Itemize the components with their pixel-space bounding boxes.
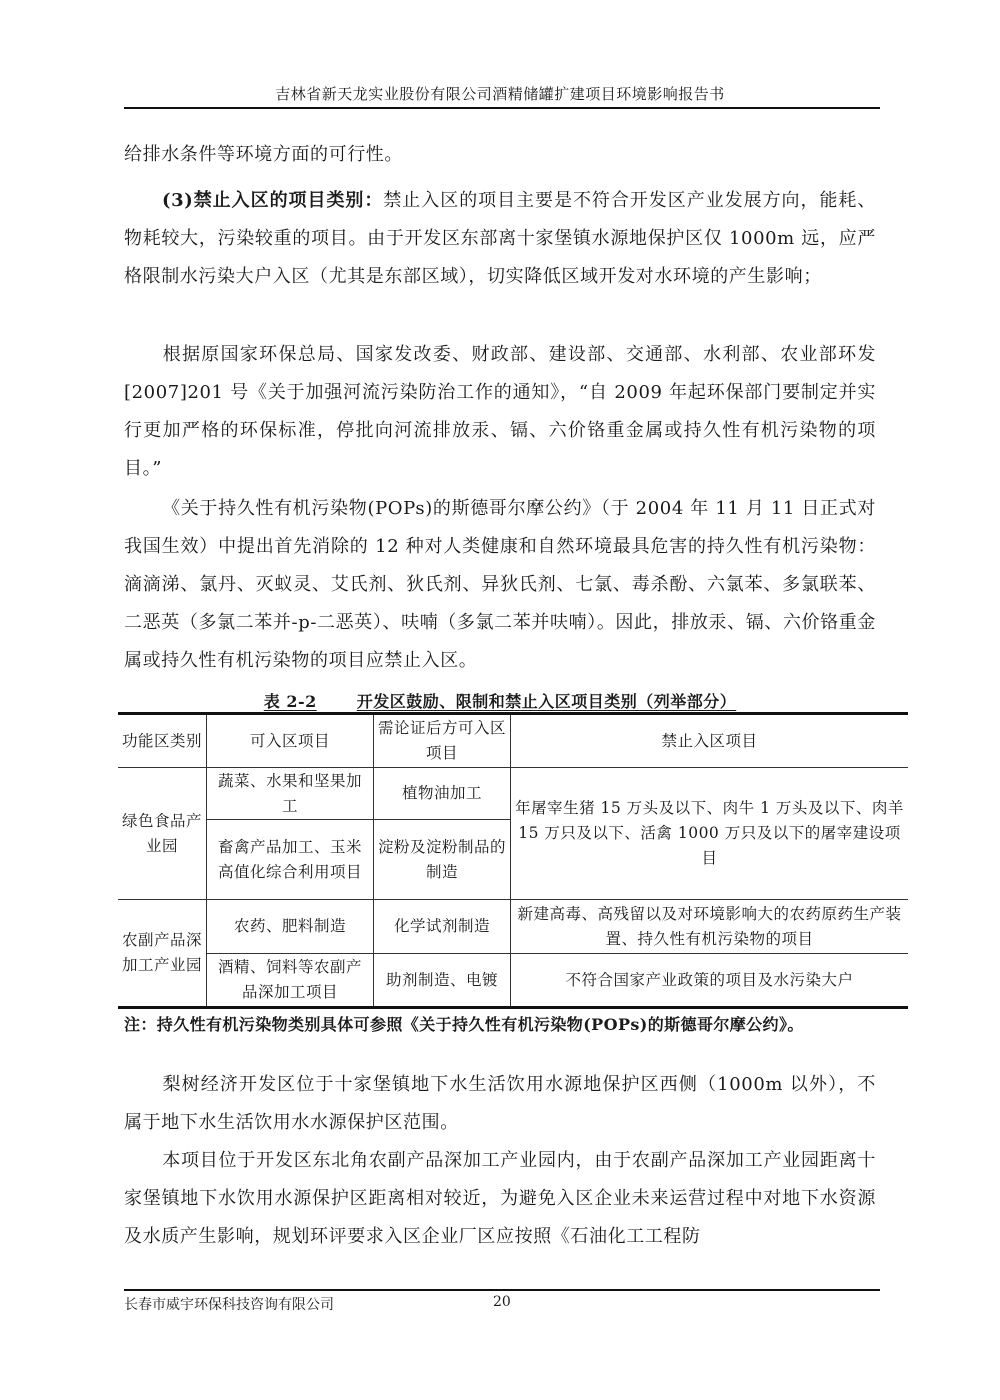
header-zone: 功能区类别	[118, 714, 207, 768]
conditional-cell: 化学试剂制造	[374, 900, 511, 954]
allowed-cell: 农药、肥料制造	[207, 900, 374, 954]
paragraph-lishu-zone: 梨树经济开发区位于十家堡镇地下水生活饮用水源地保护区西侧（1000m 以外），不…	[124, 1066, 876, 1142]
table-note: 注：持久性有机污染物类别具体可参照《关于持久性有机污染物(POPs)的斯德哥尔摩…	[124, 1012, 804, 1035]
paragraph-5-text: 本项目位于开发区东北角农副产品深加工产业园内，由于农副产品深加工产业园距离十家堡…	[124, 1150, 876, 1247]
header-conditional: 需论证后方可入区项目	[374, 714, 511, 768]
header-divider	[124, 107, 880, 109]
paragraph-4-text: 梨树经济开发区位于十家堡镇地下水生活饮用水源地保护区西侧（1000m 以外），不…	[124, 1074, 876, 1133]
paragraph-prohibited-categories: (3)禁止入区的项目类别：禁止入区的项目主要是不符合开发区产业发展方向，能耗、物…	[124, 182, 876, 296]
table-title: 开发区鼓励、限制和禁止入区项目类别（列举部分）	[357, 692, 737, 711]
allowed-cell: 畜禽产品加工、玉米高值化综合利用项目	[207, 820, 374, 900]
table-row: 绿色食品产业园 蔬菜、水果和坚果加工 植物油加工 年屠宰生猪 15 万头及以下、…	[118, 768, 908, 820]
footer-divider	[124, 1289, 880, 1291]
conditional-cell: 植物油加工	[374, 768, 511, 820]
footer-company: 长春市威宇环保科技咨询有限公司	[124, 1294, 334, 1314]
conditional-cell: 淀粉及淀粉制品的制造	[374, 820, 511, 900]
paragraph-0: 给排水条件等环境方面的可行性。	[124, 136, 876, 174]
table-header-row: 功能区类别 可入区项目 需论证后方可入区项目 禁止入区项目	[118, 714, 908, 768]
prohibited-cell: 新建高毒、高残留以及对环境影响大的农药原药生产装置、持久性有机污染物的项目	[511, 900, 909, 954]
prohibited-cell: 年屠宰生猪 15 万头及以下、肉牛 1 万头及以下、肉羊 15 万只及以下、活禽…	[511, 768, 909, 900]
zone-cell: 绿色食品产业园	[118, 768, 207, 900]
conditional-cell: 助剂制造、电镀	[374, 954, 511, 1008]
page-number: 20	[493, 1294, 511, 1310]
table-number: 表 2-2	[264, 692, 317, 711]
paragraph-heading: (3)禁止入区的项目类别：	[162, 190, 383, 211]
document-header-title: 吉林省新天龙实业股份有限公司酒精储罐扩建项目环境影响报告书	[0, 83, 1000, 104]
prohibited-cell: 不符合国家产业政策的项目及水污染大户	[511, 954, 909, 1008]
paragraph-pops-convention: 《关于持久性有机污染物(POPs)的斯德哥尔摩公约》（于 2004 年 11 月…	[124, 490, 876, 680]
paragraph-regulation: 根据原国家环保总局、国家发改委、财政部、建设部、交通部、水利部、农业部环发[20…	[124, 336, 876, 488]
project-category-table: 功能区类别 可入区项目 需论证后方可入区项目 禁止入区项目 绿色食品产业园 蔬菜…	[118, 712, 908, 1009]
header-allowed: 可入区项目	[207, 714, 374, 768]
table-caption: 表 2-2开发区鼓励、限制和禁止入区项目类别（列举部分）	[0, 689, 1000, 712]
zone-cell: 农副产品深加工产业园	[118, 900, 207, 1008]
table-row: 农副产品深加工产业园 农药、肥料制造 化学试剂制造 新建高毒、高残留以及对环境影…	[118, 900, 908, 954]
paragraph-0-text: 给排水条件等环境方面的可行性。	[124, 144, 403, 165]
header-prohibited: 禁止入区项目	[511, 714, 909, 768]
paragraph-3-text: 《关于持久性有机污染物(POPs)的斯德哥尔摩公约》（于 2004 年 11 月…	[124, 498, 876, 671]
paragraph-2-text: 根据原国家环保总局、国家发改委、财政部、建设部、交通部、水利部、农业部环发[20…	[124, 344, 876, 479]
table-row: 酒精、饲料等农副产品深加工项目 助剂制造、电镀 不符合国家产业政策的项目及水污染…	[118, 954, 908, 1008]
paragraph-project-location: 本项目位于开发区东北角农副产品深加工产业园内，由于农副产品深加工产业园距离十家堡…	[124, 1142, 876, 1256]
allowed-cell: 酒精、饲料等农副产品深加工项目	[207, 954, 374, 1008]
allowed-cell: 蔬菜、水果和坚果加工	[207, 768, 374, 820]
